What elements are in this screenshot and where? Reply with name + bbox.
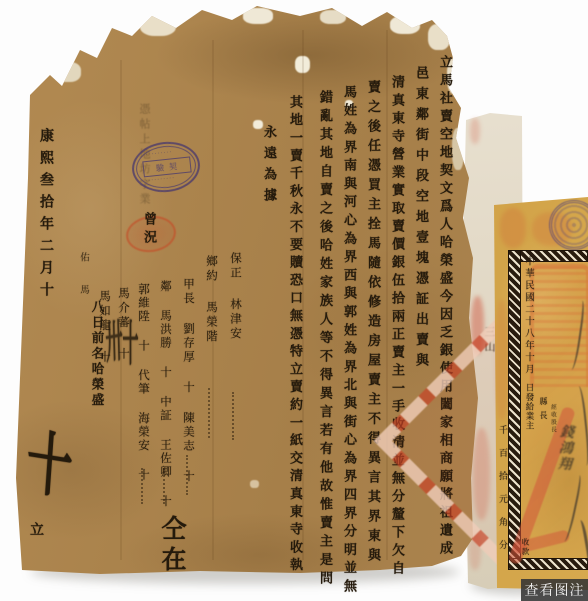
deed-frame-left-border (508, 250, 521, 570)
red-stamp-smudge (470, 118, 480, 144)
magistrate-signature-handwriting: 錢鴻翔 (553, 423, 576, 472)
paper-tear-patch (140, 14, 176, 36)
closing-mark: 立 (26, 522, 46, 536)
photo-of-historical-documents: 三山 立馬社賣空地契文爲人哈榮盛今因乏銀使用闔家相商願將祖遺成 邑東鄰街中段空地… (0, 0, 588, 601)
deed-text-column: 賣之後任憑買主拴馬隨依修造房屋賣主不得異言其界東與 (363, 80, 382, 568)
seller-cross-mark: 十 (11, 423, 81, 502)
receipt-label: 收款 (520, 538, 531, 557)
deed-text-column: 馬姓為界南與河心為界西與郭姓為界北與街心為界四界分明並無 (339, 85, 358, 597)
deed-text-column: 錯亂其地自賣之後哈姓家族人等不得異言若有他故惟賣主是問 (315, 90, 334, 590)
magistrate-label: 縣長 (538, 397, 549, 425)
paper-tear-patch (428, 24, 450, 50)
issue-line-column: 日發給業主 (523, 383, 535, 431)
paper-tear-patch (243, 8, 273, 24)
witness-column: 郭維陞 十 代筆 海榮安 十 (136, 283, 152, 482)
witness-column: 佑 馬 (76, 252, 90, 300)
signature-mark-tail (186, 455, 188, 495)
red-print-smudge (500, 208, 526, 248)
signature-mark-tail (141, 468, 143, 504)
signature-mark-tail (208, 388, 210, 438)
red-print-smudge (495, 300, 509, 420)
witness-column: 甲長 劉存厚 十 陳美志 十 (181, 278, 197, 484)
witness-column: 鄉約 馬榮階 (204, 255, 220, 345)
signature-mark-tail (163, 468, 165, 504)
witness-column: 鄰 馬洪勝 十 中証 王佐卿 十 (158, 280, 174, 509)
joint-presence-mark: 仝在 (154, 515, 190, 577)
view-caption-button[interactable]: 查看图注 (521, 579, 588, 601)
signature-mark-tail (232, 392, 234, 440)
paper-tear-patch (250, 480, 259, 488)
witness-column: 保正 林津安 (228, 252, 244, 342)
deed-date-column-continued: 八日前名哈榮盛 (88, 300, 106, 409)
paper-tear-patch (320, 10, 346, 24)
amount-scale-column: 千百拾元角分 (496, 425, 509, 563)
stamp-overwrite-characters: 曾況 (139, 212, 158, 248)
deed-text-column: 邑東鄰街中段空地壹塊憑証出賣與 (411, 66, 430, 374)
deed-date-column: 康熙叁拾年二月十 (36, 128, 56, 304)
paper-tear-patch (55, 62, 81, 82)
deed-text-column: 永遠為據 (259, 125, 278, 209)
paper-tear-patch (390, 16, 420, 34)
deed-text-column: 其地一賣千秋永不要贖恐口無憑特立賣約一紙交清真東寺收執 (285, 95, 304, 576)
deed-text-column: 清真東寺營業實取賣價銀伍拾兩正賣主一手收清並無分釐下欠自 (387, 75, 406, 579)
era-date-column: 中華民國二十八年十月 (521, 256, 535, 376)
